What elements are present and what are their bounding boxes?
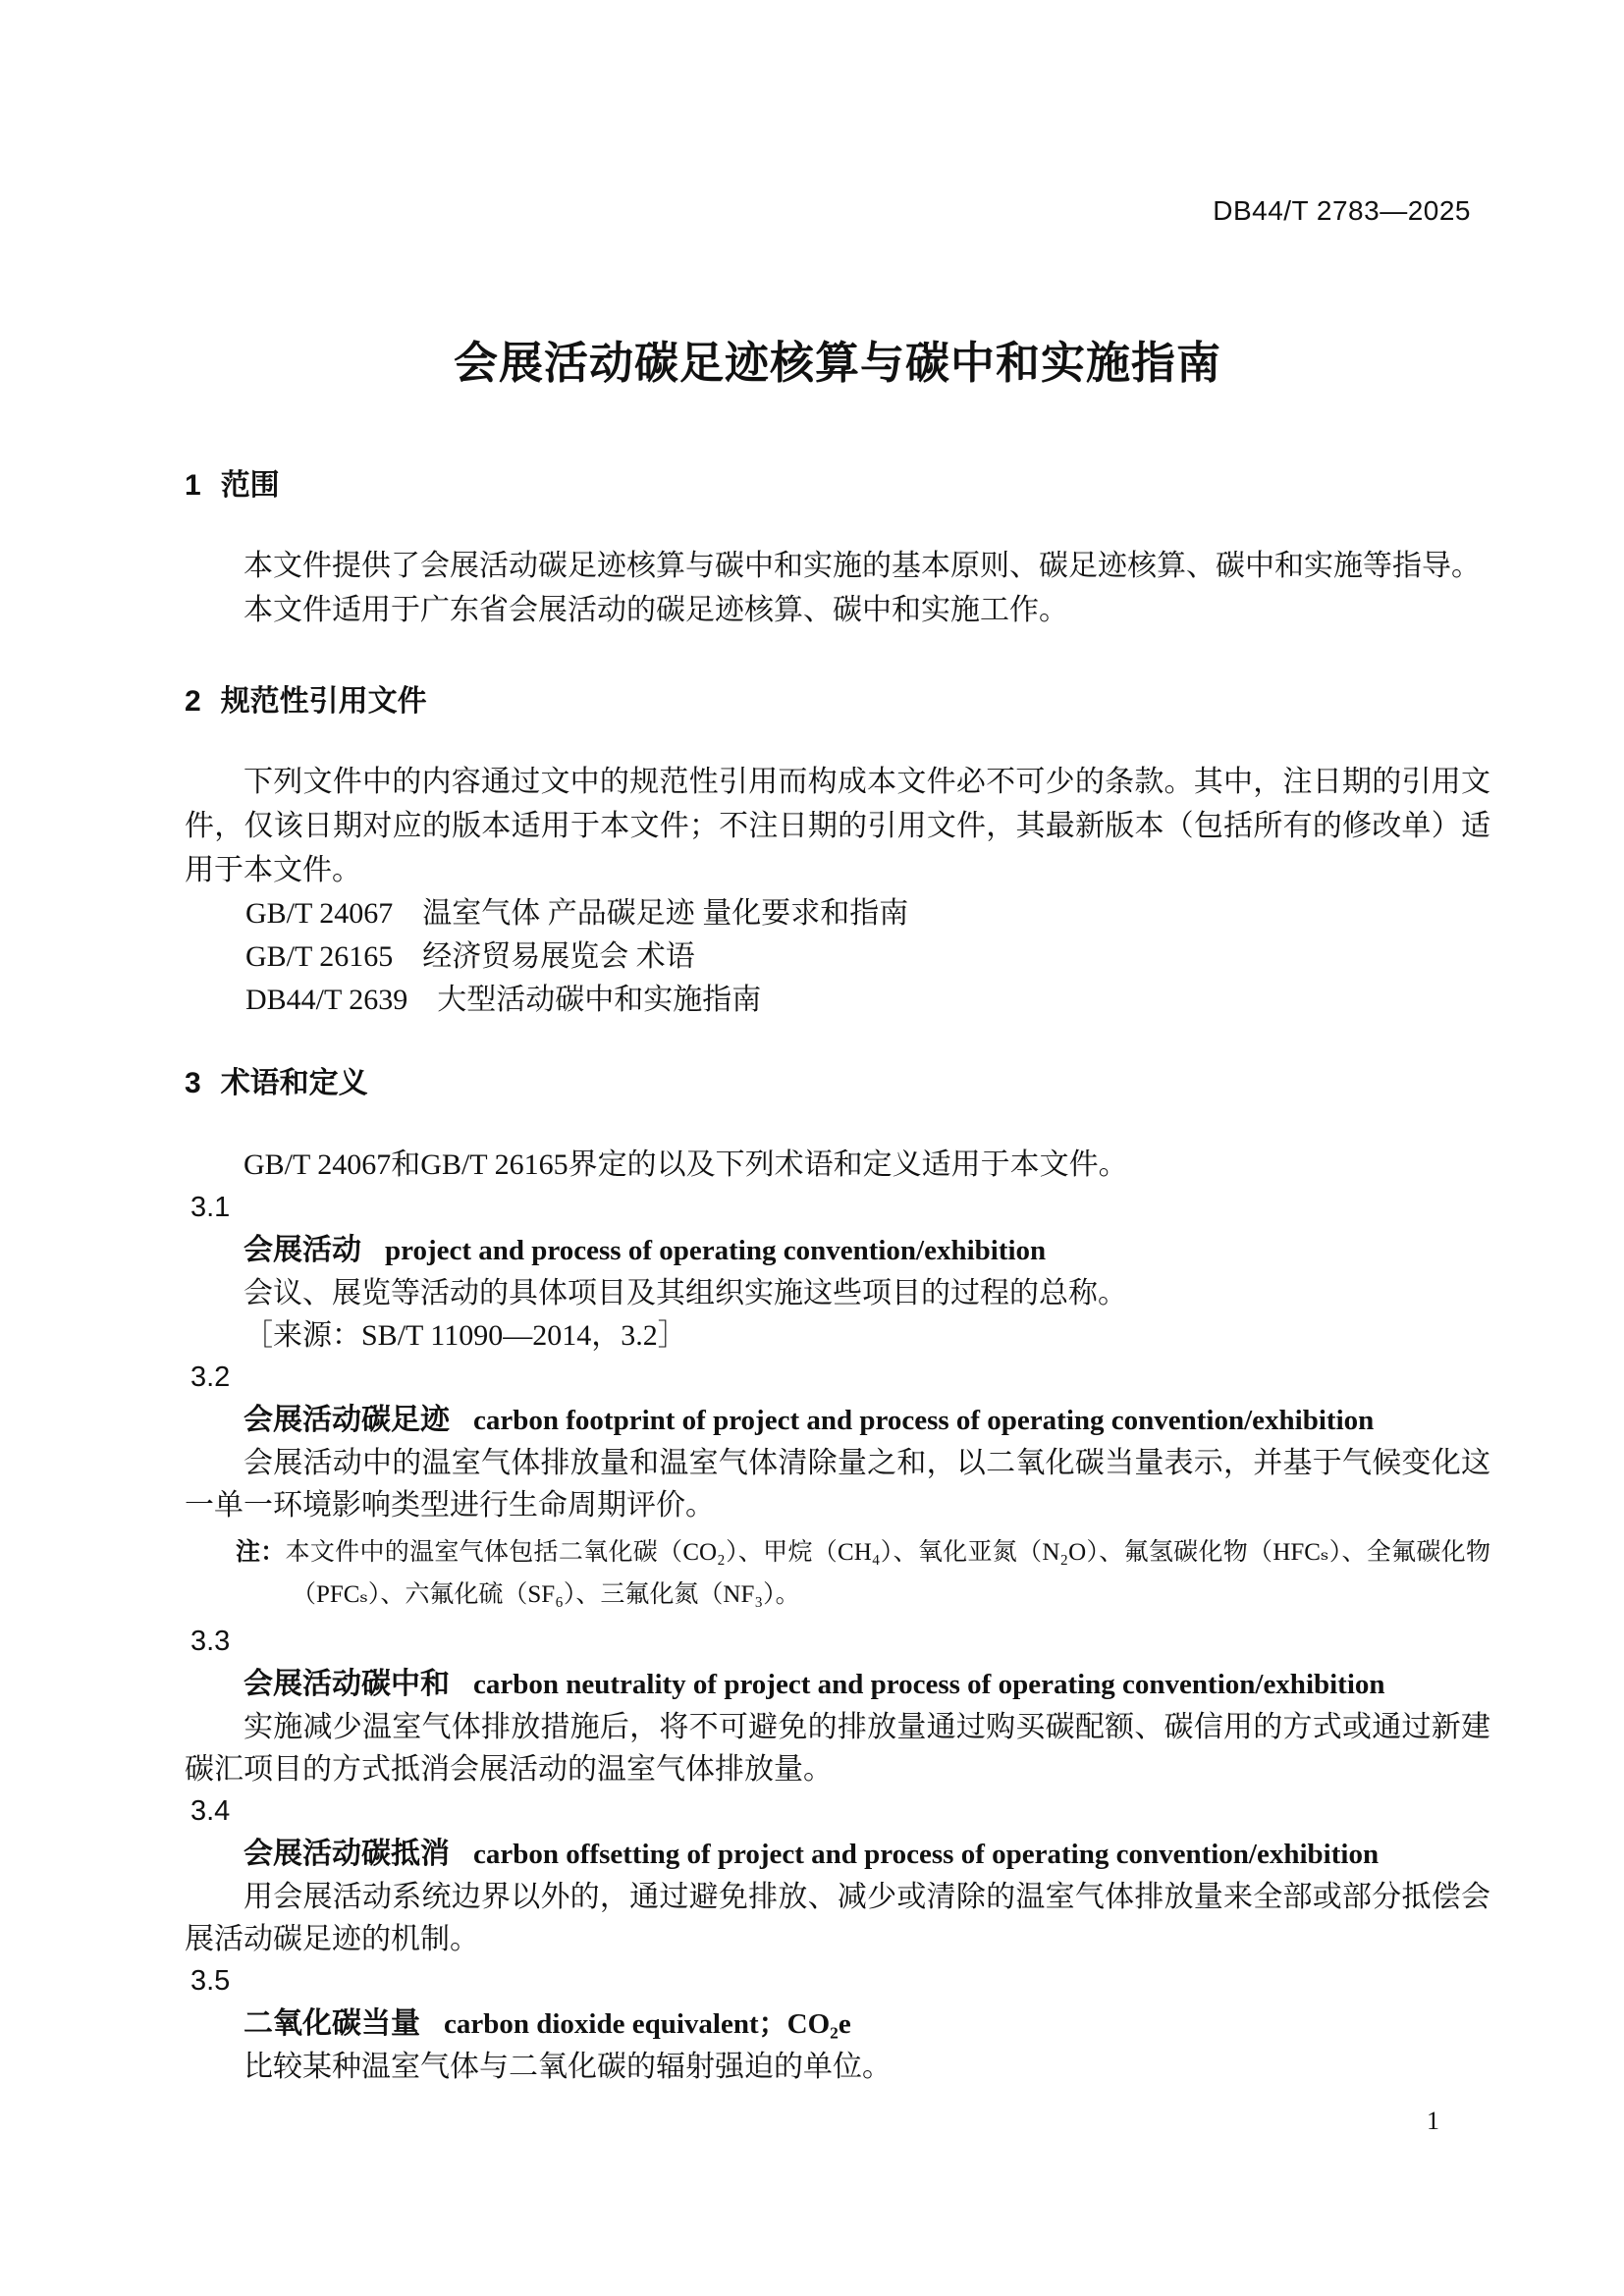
term-zh-label: 会展活动碳足迹 (244, 1404, 450, 1436)
term-en-label: carbon offsetting of project and process… (473, 1839, 1379, 1870)
reference-title: 温室气体 产品碳足迹 量化要求和指南 (422, 897, 908, 930)
reference-code: GB/T 24067 (245, 892, 393, 935)
section-3-title: 术语和定义 (221, 1067, 368, 1099)
standard-code: DB44/T 2783—2025 (1213, 196, 1471, 226)
term-heading: 会展活动碳抵消carbon offsetting of project and … (185, 1833, 1490, 1876)
term-en-label: carbon footprint of project and process … (473, 1405, 1374, 1436)
term-heading: 会展活动project and process of operating con… (185, 1229, 1490, 1272)
note-text: 本文件中的温室气体包括二氧化碳（CO₂）、甲烷（CH₄）、氧化亚氮（N₂O）、氟… (286, 1539, 1490, 1608)
term-definition: 实施减少温室气体排放措施后，将不可避免的排放量通过购买碳配额、碳信用的方式或通过… (185, 1706, 1490, 1790)
note-label: 注： (236, 1538, 286, 1566)
page-number: 1 (1427, 2107, 1439, 2136)
section-1-paragraph-2: 本文件适用于广东省会展活动的碳足迹核算、碳中和实施工作。 (185, 588, 1490, 632)
term-zh-label: 二氧化碳当量 (244, 2007, 420, 2040)
section-2-paragraph-1: 下列文件中的内容通过文中的规范性引用而构成本文件必不可少的条款。其中，注日期的引… (185, 760, 1490, 892)
reference-item: GB/T 24067温室气体 产品碳足迹 量化要求和指南 (185, 892, 1490, 935)
term-definition: 会展活动中的温室气体排放量和温室气体清除量之和，以二氧化碳当量表示，并基于气候变… (185, 1442, 1490, 1526)
term-definition: 比较某种温室气体与二氧化碳的辐射强迫的单位。 (185, 2046, 1490, 2088)
term-zh-label: 会展活动碳抵消 (244, 1838, 450, 1870)
document-page: DB44/T 2783—2025 会展活动碳足迹核算与碳中和实施指南 1范围 本… (0, 0, 1624, 2296)
term-source: ［来源：SB/T 11090—2014，3.2］ (185, 1314, 1490, 1357)
reference-code: DB44/T 2639 (245, 979, 407, 1022)
term-zh-label: 会展活动 (244, 1234, 361, 1266)
term-number: 3.3 (185, 1621, 1490, 1663)
section-2-number: 2 (185, 679, 201, 723)
reference-item: DB44/T 2639大型活动碳中和实施指南 (185, 979, 1490, 1022)
section-1-number: 1 (185, 463, 201, 507)
term-note: 注：本文件中的温室气体包括二氧化碳（CO₂）、甲烷（CH₄）、氧化亚氮（N₂O）… (236, 1531, 1490, 1616)
document-body: 1范围 本文件提供了会展活动碳足迹核算与碳中和实施的基本原则、碳足迹核算、碳中和… (185, 463, 1490, 2088)
section-2-title: 规范性引用文件 (221, 685, 427, 718)
section-2-heading: 2规范性引用文件 (185, 679, 1490, 723)
reference-item: GB/T 26165经济贸易展览会 术语 (185, 935, 1490, 979)
term-number: 3.1 (185, 1187, 1490, 1229)
section-1-heading: 1范围 (185, 463, 1490, 507)
term-heading: 会展活动碳足迹carbon footprint of project and p… (185, 1399, 1490, 1442)
term-definition: 用会展活动系统边界以外的，通过避免排放、减少或清除的温室气体排放量来全部或部分抵… (185, 1876, 1490, 1960)
section-1-paragraph-1: 本文件提供了会展活动碳足迹核算与碳中和实施的基本原则、碳足迹核算、碳中和实施等指… (185, 544, 1490, 588)
term-heading: 会展活动碳中和carbon neutrality of project and … (185, 1663, 1490, 1706)
term-zh-label: 会展活动碳中和 (244, 1668, 450, 1700)
reference-code: GB/T 26165 (245, 935, 393, 979)
term-heading: 二氧化碳当量carbon dioxide equivalent；CO₂e (185, 2002, 1490, 2046)
section-3-number: 3 (185, 1061, 201, 1105)
section-1-title: 范围 (221, 469, 280, 502)
section-3-heading: 3术语和定义 (185, 1061, 1490, 1105)
reference-title: 经济贸易展览会 术语 (422, 940, 695, 973)
reference-title: 大型活动碳中和实施指南 (437, 984, 761, 1016)
term-number: 3.4 (185, 1790, 1490, 1833)
term-en-label: carbon dioxide equivalent；CO₂e (444, 2008, 851, 2040)
section-3-intro: GB/T 24067和GB/T 26165界定的以及下列术语和定义适用于本文件。 (185, 1143, 1490, 1187)
term-en-label: project and process of operating convent… (385, 1235, 1046, 1266)
term-number: 3.5 (185, 1960, 1490, 2002)
terms-list: 3.1 会展活动project and process of operating… (185, 1187, 1490, 2088)
term-definition: 会议、展览等活动的具体项目及其组织实施这些项目的过程的总称。 (185, 1272, 1490, 1314)
document-title: 会展活动碳足迹核算与碳中和实施指南 (185, 338, 1490, 389)
term-en-label: carbon neutrality of project and process… (473, 1669, 1385, 1700)
term-number: 3.2 (185, 1357, 1490, 1399)
